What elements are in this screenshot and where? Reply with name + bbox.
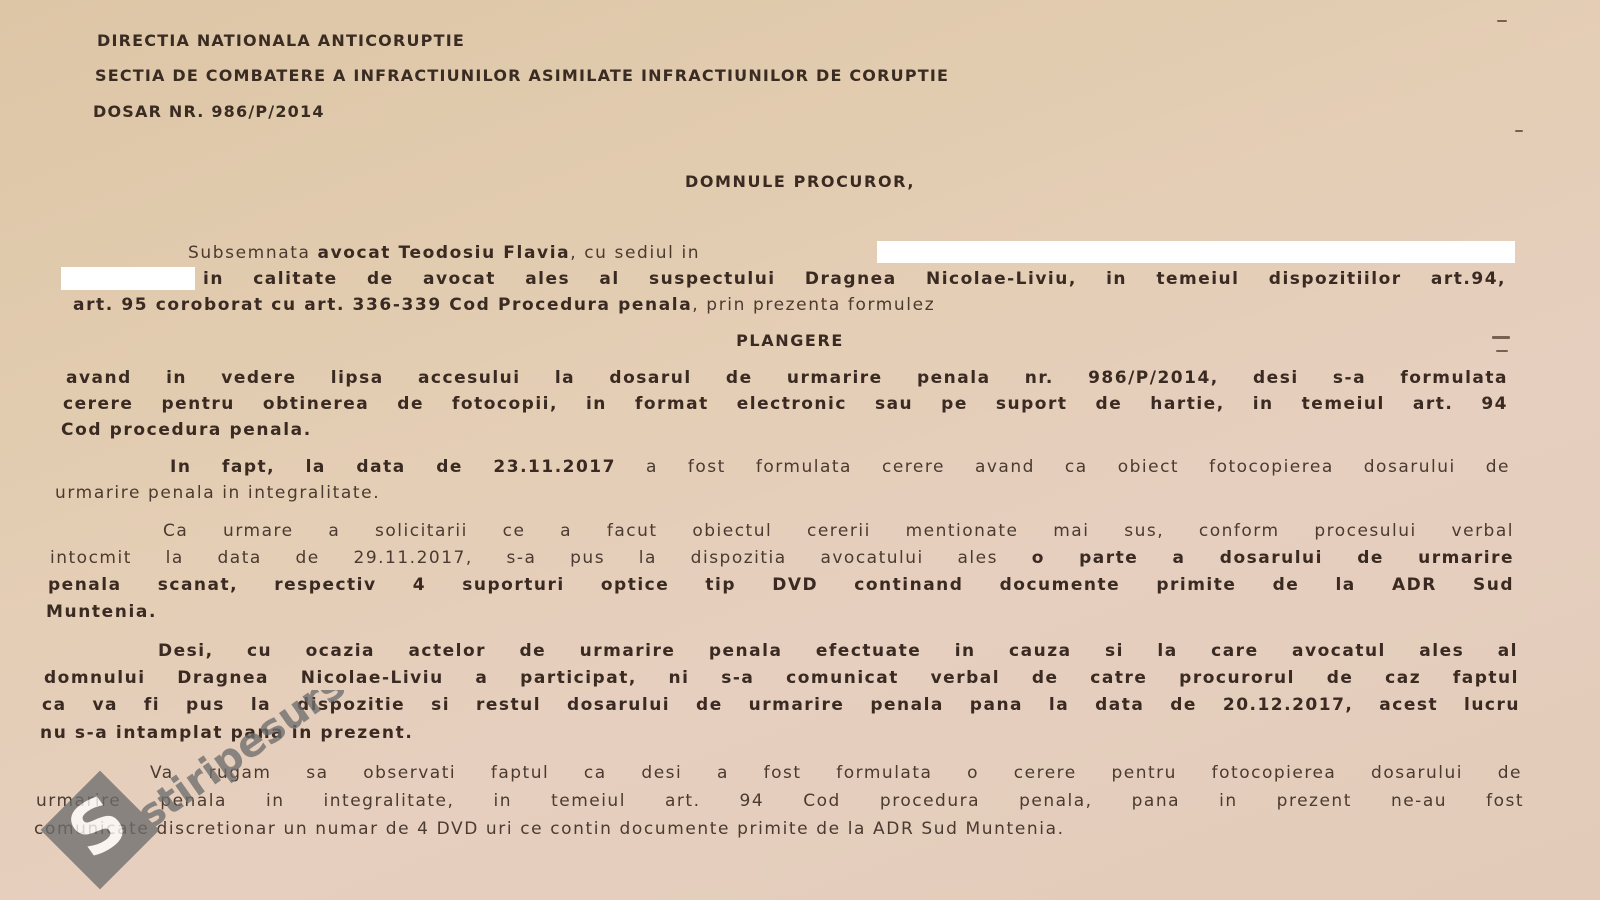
paper-speck — [1496, 350, 1508, 352]
p5-line: comunicate discretionar un numar de 4 DV… — [34, 819, 1065, 839]
intro-text: Subsemnata — [188, 243, 318, 263]
intro-line-3: art. 95 coroborat cu art. 336-339 Cod Pr… — [73, 295, 935, 315]
document-page: DIRECTIA NATIONALA ANTICORUPTIE SECTIA D… — [0, 0, 1600, 900]
p3-text-bold: o parte a dosarului de urmarire — [1032, 548, 1514, 568]
p2-line-1: In fapt, la data de 23.11.2017 a fost fo… — [170, 457, 1510, 477]
p3-text: intocmit la data de 29.11.2017, s-a pus … — [50, 548, 1032, 568]
watermark-logo: S stiripesurse.ro — [30, 690, 500, 890]
p3-line-1: Ca urmare a solicitarii ce a facut obiec… — [163, 521, 1514, 541]
lawyer-name: avocat Teodosiu Flavia — [318, 243, 571, 263]
p4-line: domnului Dragnea Nicolae-Liviu a partici… — [44, 668, 1519, 688]
document-type: PLANGERE — [0, 331, 1590, 350]
p3-line-2: intocmit la data de 29.11.2017, s-a pus … — [50, 548, 1514, 568]
paper-speck — [1492, 336, 1510, 339]
intro-text: , prin prezenta formulez — [692, 295, 935, 315]
p1-line: avand in vedere lipsa accesului la dosar… — [66, 368, 1508, 388]
case-number: DOSAR NR. 986/P/2014 — [93, 102, 325, 121]
salutation: DOMNULE PROCUROR, — [0, 172, 1600, 191]
section-name: SECTIA DE COMBATERE A INFRACTIUNILOR ASI… — [95, 66, 949, 85]
fact-date: In fapt, la data de 23.11.2017 — [170, 457, 616, 477]
p2-text: a fost formulata cerere avand ca obiect … — [616, 457, 1510, 477]
intro-line-1: Subsemnata avocat Teodosiu Flavia, cu se… — [188, 243, 700, 263]
intro-text: , cu sediul in — [570, 243, 700, 263]
p2-line-2: urmarire penala in integralitate. — [55, 483, 380, 503]
redaction-box — [877, 241, 1515, 263]
p1-line: Cod procedura penala. — [61, 420, 312, 440]
legal-basis: art. 95 coroborat cu art. 336-339 Cod Pr… — [73, 295, 692, 315]
intro-line-2: in calitate de avocat ales al suspectulu… — [203, 269, 1506, 289]
p1-line: cerere pentru obtinerea de fotocopii, in… — [63, 394, 1508, 414]
paper-speck — [1497, 20, 1507, 22]
p3-line-3: penala scanat, respectiv 4 suporturi opt… — [48, 575, 1514, 595]
p4-line: Desi, cu ocazia actelor de urmarire pena… — [158, 641, 1518, 661]
redaction-box — [61, 267, 195, 290]
p5-line: urmarire penala in integralitate, in tem… — [36, 791, 1524, 811]
p5-line: Va rugam sa observati faptul ca desi a f… — [150, 763, 1522, 783]
p3-line-4: Muntenia. — [46, 602, 157, 622]
p4-line: ca va fi pus la dispozitie si restul dos… — [42, 695, 1520, 715]
institution-name: DIRECTIA NATIONALA ANTICORUPTIE — [97, 31, 465, 50]
paper-speck — [1515, 130, 1523, 132]
p4-line: nu s-a intamplat pana in prezent. — [40, 723, 413, 743]
